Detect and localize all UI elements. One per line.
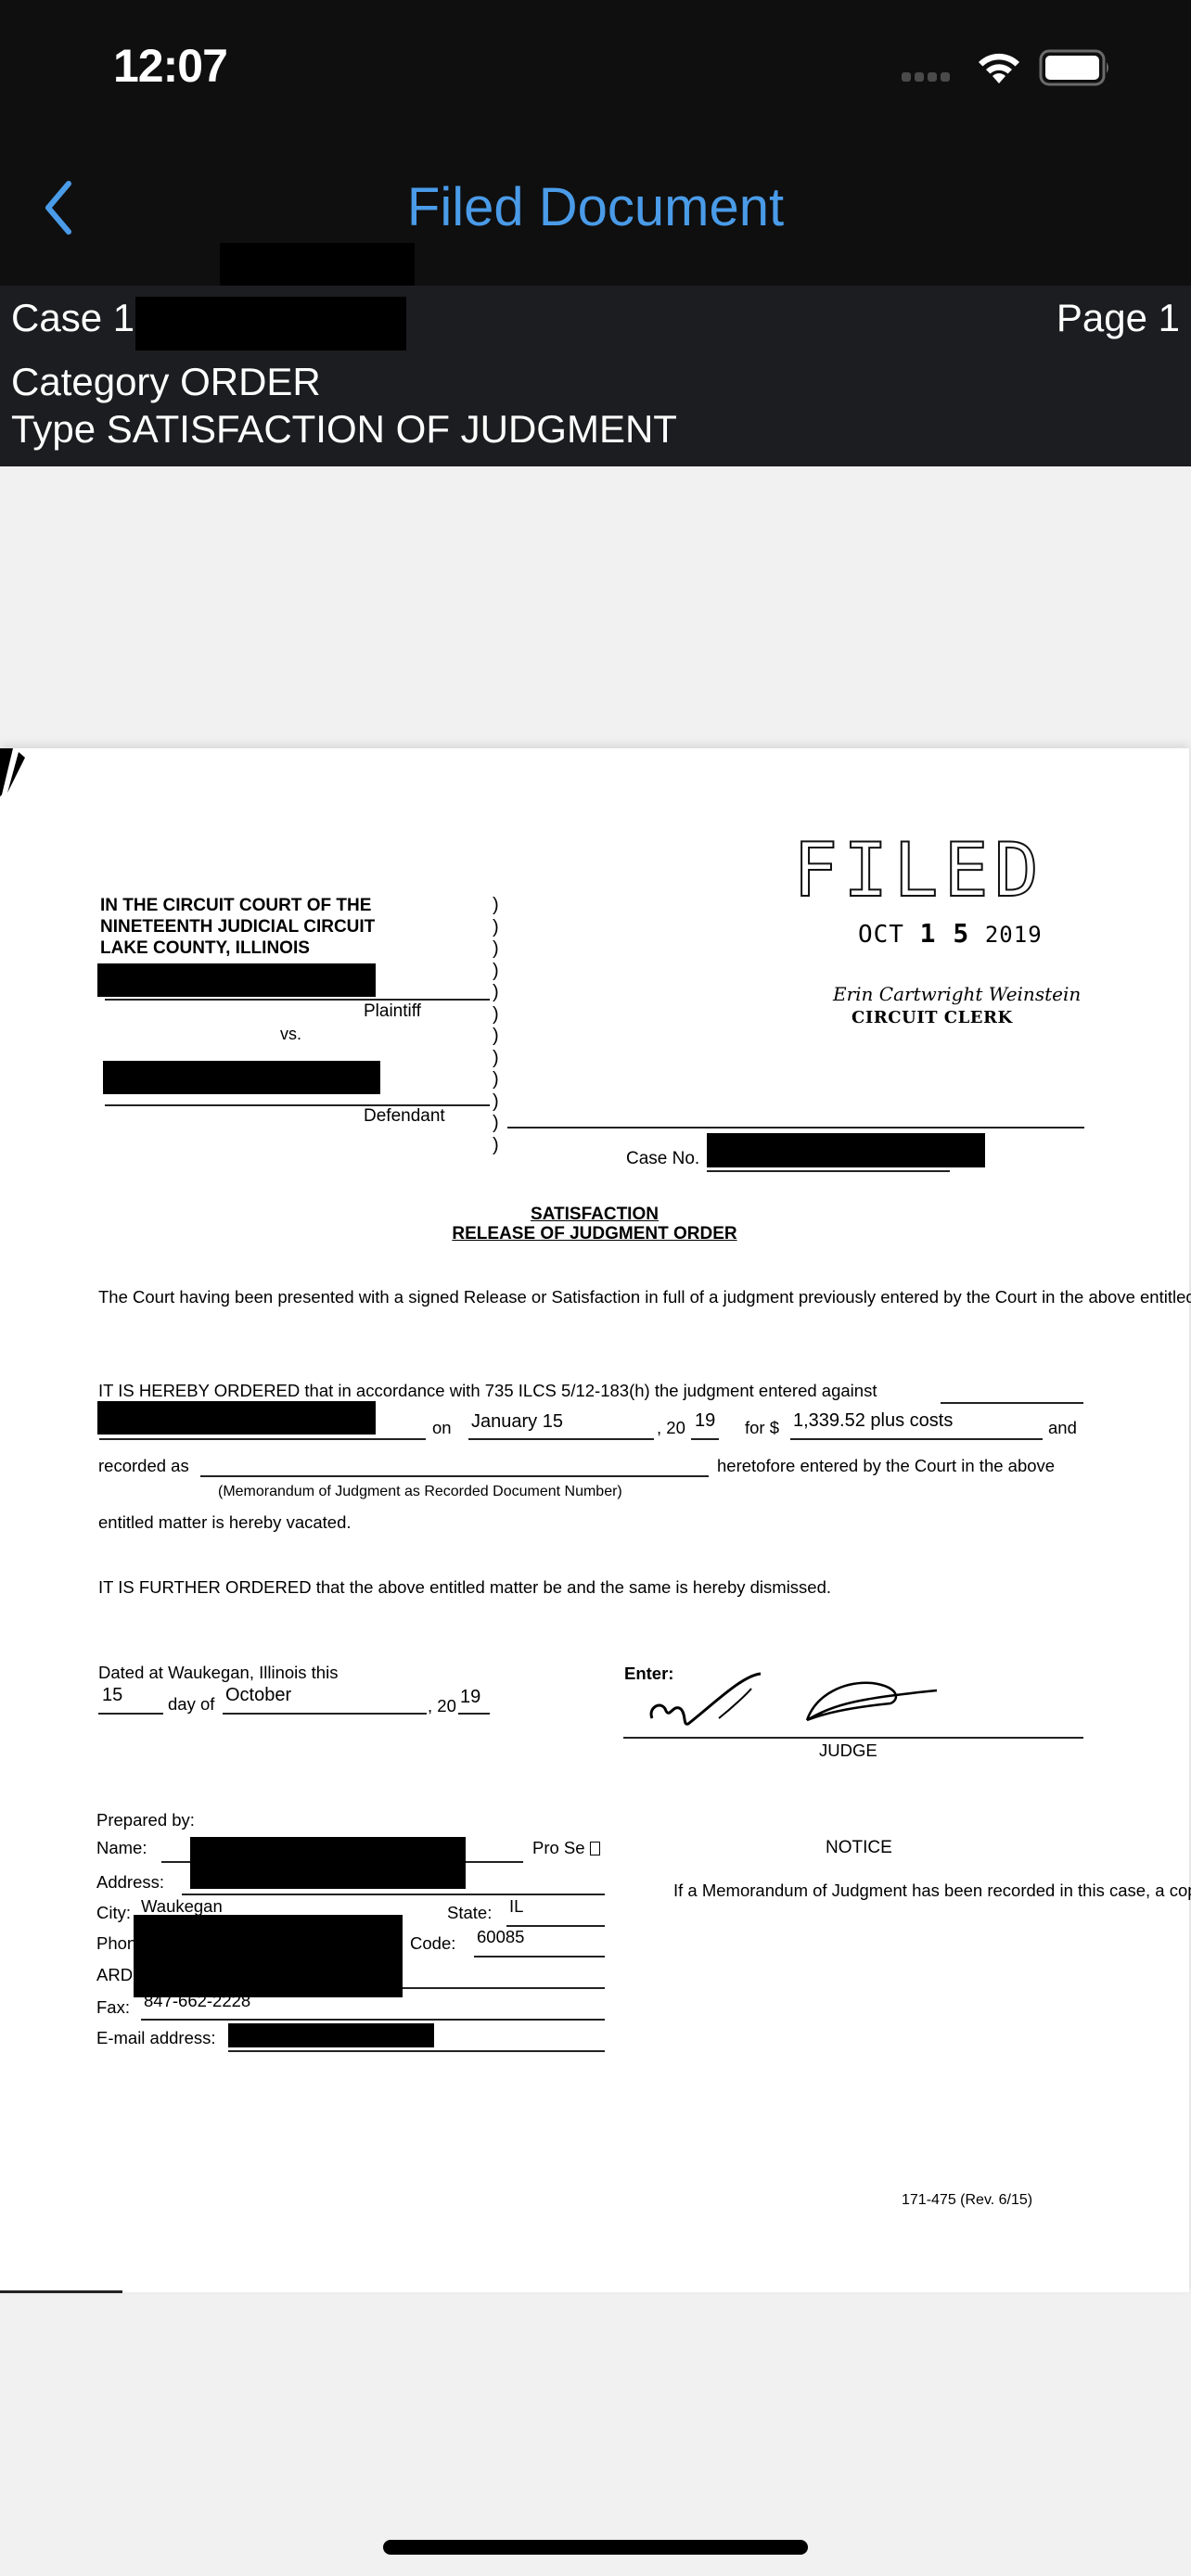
- redaction-mark: [220, 243, 415, 289]
- on-label: on: [432, 1418, 452, 1438]
- caption-parens: )))))))))))): [493, 895, 499, 1156]
- email-redacted: [228, 2023, 434, 2047]
- notice-title: NOTICE: [826, 1838, 892, 1858]
- top-bar: 12:07 Filed Document: [0, 0, 1191, 286]
- judgment-date-line: [468, 1438, 654, 1440]
- judge-label: JUDGE: [819, 1741, 877, 1761]
- judgment-year: 19: [695, 1410, 715, 1432]
- document-page[interactable]: IN THE CIRCUIT COURT OF THE NINETEENTH J…: [0, 748, 1189, 2292]
- and-label: and: [1048, 1418, 1077, 1438]
- pro-se-label: Pro Se: [532, 1838, 600, 1858]
- notice-text: If a Memorandum of Judgment has been rec…: [673, 1881, 1082, 1901]
- vacated-text: entitled matter is hereby vacated.: [98, 1512, 352, 1533]
- against-line: [941, 1402, 1083, 1404]
- defendant-label: Defendant: [364, 1106, 445, 1127]
- document-info: Case 1 Page 1 Category ORDER Type SATISF…: [0, 286, 1191, 466]
- dated-day-line: [98, 1713, 163, 1715]
- case-no-redacted: [707, 1133, 985, 1167]
- fax-label: Fax:: [96, 1997, 130, 2018]
- vs-label: vs.: [280, 1025, 301, 1044]
- page-corner-mark: [0, 748, 28, 804]
- email-line: [228, 2050, 605, 2052]
- plaintiff-name-redacted: [97, 963, 376, 997]
- page-title: Filed Document: [0, 176, 1191, 238]
- case-number: Case 1: [11, 296, 134, 340]
- state-value: IL: [509, 1896, 523, 1917]
- city-value: Waukegan: [141, 1896, 223, 1917]
- filed-stamp: FILED: [793, 827, 1044, 913]
- city-label: City:: [96, 1903, 131, 1923]
- state-label: State:: [447, 1903, 492, 1923]
- cellular-signal-icon: [902, 72, 950, 82]
- prepared-by-heading: Prepared by:: [96, 1810, 195, 1830]
- further-ordered: IT IS FURTHER ORDERED that the above ent…: [98, 1577, 831, 1598]
- judgment-date: January 15: [471, 1411, 563, 1433]
- against-name-line: [99, 1438, 426, 1440]
- document-subtitle: RELEASE OF JUDGMENT ORDER: [0, 1224, 1189, 1244]
- page-bottom-mark: [0, 2290, 122, 2293]
- zip-label: Code:: [410, 1933, 455, 1954]
- case-no-label: Case No.: [626, 1149, 699, 1169]
- email-label: E-mail address:: [96, 2028, 216, 2048]
- battery-icon: [1039, 49, 1111, 86]
- recorded-as-label: recorded as: [98, 1456, 189, 1476]
- court-header: IN THE CIRCUIT COURT OF THE NINETEENTH J…: [100, 895, 375, 959]
- year-prefix: , 20: [657, 1418, 685, 1438]
- phone-ard-redacted: [134, 1915, 403, 1997]
- redaction-mark: [135, 297, 406, 351]
- ordered-lead: IT IS HEREBY ORDERED that in accordance …: [98, 1381, 877, 1401]
- against-name-redacted: [97, 1401, 376, 1435]
- dated-day: 15: [102, 1685, 122, 1706]
- recorded-as-line: [200, 1475, 709, 1477]
- defendant-name-redacted: [103, 1061, 380, 1094]
- judgment-amount: 1,339.52 plus costs: [793, 1410, 953, 1432]
- day-of-label: day of: [168, 1694, 214, 1715]
- phone-label: Phon: [96, 1933, 136, 1954]
- dated-year-line: [458, 1713, 490, 1715]
- amount-line: [790, 1438, 1043, 1440]
- zip-value: 60085: [477, 1927, 524, 1947]
- home-indicator[interactable]: [383, 2540, 808, 2555]
- name-label: Name:: [96, 1838, 147, 1858]
- page-indicator: Page 1: [1057, 296, 1180, 340]
- ard-label: ARD: [96, 1965, 133, 1985]
- name-address-redacted: [190, 1837, 466, 1889]
- plaintiff-label: Plaintiff: [364, 1001, 421, 1022]
- heretofore-text: heretofore entered by the Court in the a…: [717, 1456, 1055, 1476]
- memo-caption: (Memorandum of Judgment as Recorded Docu…: [218, 1484, 622, 1500]
- dated-month-line: [223, 1713, 427, 1715]
- case-no-line: [707, 1170, 950, 1172]
- dated-month: October: [225, 1685, 291, 1706]
- filed-date: OCT 1 5 2019: [858, 918, 1043, 949]
- for-label: for $: [745, 1418, 779, 1438]
- category-label: Category ORDER: [11, 360, 321, 404]
- clerk-signature: Erin Cartwright Weinstein: [833, 983, 1081, 1005]
- pro-se-checkbox[interactable]: [590, 1842, 600, 1855]
- clerk-title: CIRCUIT CLERK: [852, 1008, 1013, 1027]
- type-label: Type SATISFACTION OF JUDGMENT: [11, 407, 677, 452]
- judgment-year-line: [691, 1438, 719, 1440]
- zip-line: [474, 1956, 605, 1958]
- caption-line: [507, 1127, 1084, 1129]
- dated-lead: Dated at Waukegan, Illinois this: [98, 1663, 338, 1683]
- address-label: Address:: [96, 1872, 164, 1893]
- fax-line: [141, 2019, 605, 2021]
- intro-paragraph: The Court having been presented with a s…: [98, 1282, 1085, 1312]
- address-line: [182, 1894, 605, 1895]
- dated-year-prefix: , 20: [428, 1696, 456, 1716]
- status-time: 12:07: [113, 39, 227, 93]
- wifi-icon: [974, 48, 1024, 85]
- document-title: SATISFACTION: [0, 1205, 1189, 1225]
- plaintiff-line: [105, 999, 490, 1001]
- fax-value: 847-662-2228: [144, 1991, 250, 2011]
- judge-signature: [631, 1666, 1030, 1741]
- form-code: 171-475 (Rev. 6/15): [902, 2192, 1032, 2209]
- judge-line: [623, 1737, 1083, 1739]
- dated-year: 19: [460, 1687, 480, 1708]
